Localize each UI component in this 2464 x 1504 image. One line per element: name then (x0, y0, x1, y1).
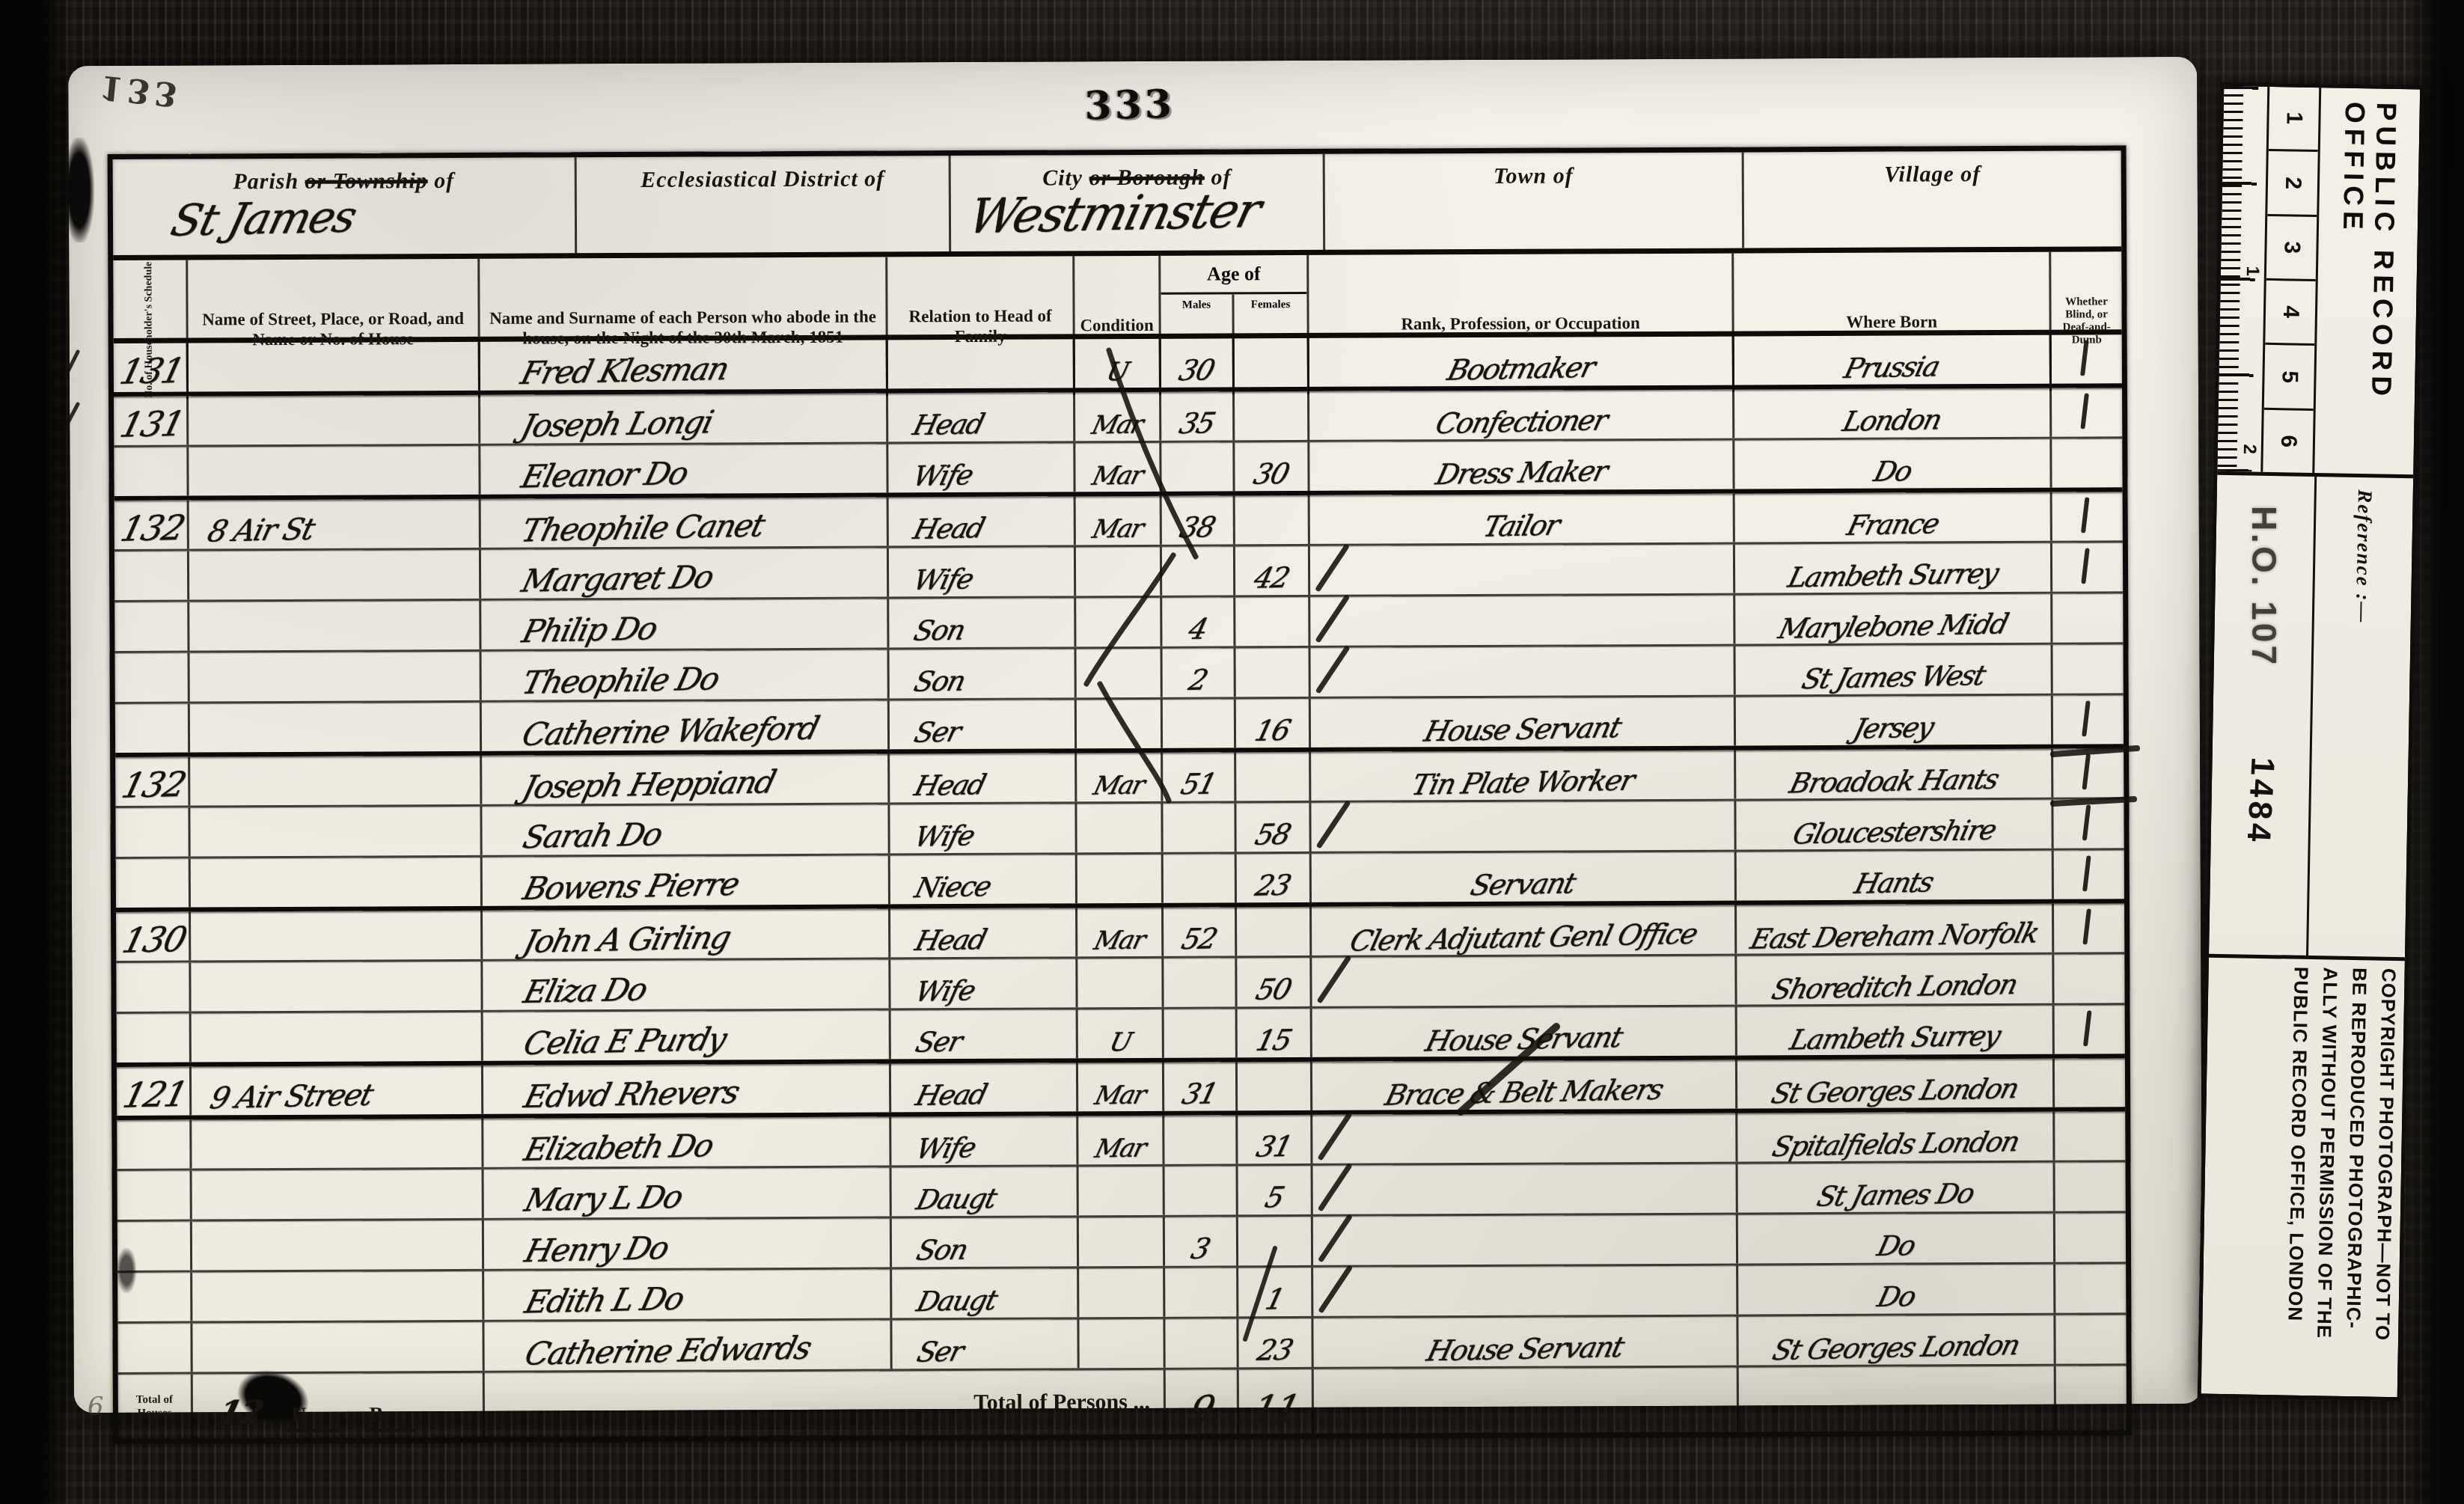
cell-relation (888, 339, 1075, 388)
cell-relation: Son (889, 598, 1076, 647)
parish-label: Parish or Township of (233, 168, 454, 194)
cell-condition (1079, 1167, 1165, 1216)
cell-occupation: Confectioner (1309, 390, 1734, 440)
cell-occupation (1312, 1113, 1737, 1163)
census-row: Sarah Do Wife 58 Gloucestershire (115, 799, 2124, 859)
copyright-line: PUBLIC RECORD OFFICE, LONDON (2282, 967, 2313, 1393)
cell-condition (1076, 649, 1162, 698)
parish-value: St James (166, 191, 361, 245)
cell-schedule (117, 1014, 192, 1063)
cell-age-male (1163, 699, 1236, 748)
cell-schedule (116, 963, 191, 1012)
cell-age-female (1237, 907, 1312, 956)
cell-occupation (1313, 1265, 1738, 1315)
reference-label: Reference :— (2306, 477, 2413, 957)
cell-age-male (1164, 958, 1237, 1006)
census-row: Catherine Wakeford Ser 16 House Servant … (115, 695, 2124, 757)
cell-street (190, 652, 482, 702)
cell-born: London (1734, 388, 2052, 438)
place-header-row: Parish or Township of St James Ecclesias… (113, 150, 2122, 260)
cell-name: Philip Do (481, 599, 889, 649)
census-form-table: Parish or Township of St James Ecclesias… (108, 145, 2132, 1444)
building-label: B (364, 1403, 416, 1431)
cell-born: Jersey (1736, 696, 2053, 746)
cell-condition: Mar (1076, 496, 1162, 545)
cell-relation: Wife (891, 1116, 1078, 1165)
cell-occupation: Servant (1312, 852, 1737, 902)
cell-name: Edwd Rhevers (483, 1063, 891, 1113)
cell-age-female: 15 (1238, 1009, 1312, 1057)
cell-occupation (1310, 646, 1735, 696)
cell-born: Marylebone Midd (1735, 594, 2052, 644)
cell-street (192, 1012, 483, 1063)
cell-blind-mark (2052, 593, 2123, 642)
cell-age-male (1165, 1166, 1238, 1214)
total-houses-values: 12 U B (193, 1373, 485, 1439)
cell-age-female: 16 (1236, 699, 1311, 748)
cell-age-female: 50 (1237, 958, 1312, 1006)
cell-blind-mark (2054, 850, 2124, 899)
cell-born: St James Do (1738, 1163, 2055, 1213)
cell-schedule (116, 859, 191, 908)
cell-relation: Wife (889, 547, 1076, 596)
city-field: City or Borough of Westminster (951, 154, 1326, 251)
cell-occupation (1310, 545, 1735, 595)
census-row: Mary L Do Daugt 5 St James Do (117, 1162, 2126, 1222)
census-row: 132 Joseph Heppiand Head Mar 51 Tin Plat… (115, 748, 2124, 808)
ruler-inch-1: 1 (2242, 266, 2263, 276)
census-row: Catherine Edwards Ser 23 House Servant S… (117, 1315, 2126, 1375)
copyright-notice: COPYRIGHT PHOTOGRAPH—NOT TOBE REPRODUCED… (2201, 958, 2405, 1402)
cell-age-male: 3 (1165, 1217, 1238, 1265)
cell-schedule (114, 551, 189, 600)
cell-street (192, 1119, 483, 1169)
cell-blind-mark (2054, 903, 2124, 952)
cell-name: Theophile Canet (481, 497, 889, 547)
ruler-scale-number: 1 (2269, 87, 2319, 152)
cell-schedule (115, 704, 190, 753)
cell-born: Do (1734, 439, 2052, 489)
cell-age-female: 42 (1235, 546, 1310, 595)
total-females: 11 (1239, 1369, 1314, 1434)
ruler-scale-number: 4 (2265, 281, 2315, 346)
cell-age-female (1238, 1062, 1312, 1110)
cell-blind-mark (2055, 1111, 2125, 1160)
age-of-label: Age of (1161, 255, 1306, 295)
cell-name: Bowens Pierre (483, 855, 890, 905)
cell-street (192, 1271, 484, 1321)
census-row: 131 Joseph Longi Head Mar 35 Confectione… (114, 388, 2122, 447)
cell-age-female (1235, 391, 1309, 440)
cell-blind-mark (2052, 492, 2123, 540)
cell-blind-mark (2052, 644, 2123, 693)
census-row: Bowens Pierre Niece 23 Servant Hants (116, 850, 2124, 912)
uninhabited-label: U (287, 1404, 339, 1432)
cell-condition: Mar (1075, 443, 1161, 492)
cell-street (191, 962, 483, 1012)
cell-blind-mark (2052, 334, 2122, 383)
cell-schedule: 121 (117, 1067, 192, 1116)
cell-relation: Son (890, 649, 1077, 698)
cell-schedule (117, 1324, 192, 1372)
cell-street (191, 911, 483, 961)
ecclesiastical-field: Ecclesiastical District of (577, 156, 952, 253)
cell-schedule (117, 1120, 192, 1169)
cell-condition (1076, 598, 1162, 647)
cell-occupation: Clerk Adjutant Genl Office (1312, 905, 1737, 955)
cell-schedule: 132 (114, 501, 189, 549)
cell-schedule: 132 (115, 757, 190, 806)
total-males: 9 (1166, 1369, 1239, 1434)
census-row: Philip Do Son 4 Marylebone Midd (114, 593, 2123, 653)
copyright-line: COPYRIGHT PHOTOGRAPH—NOT TO (2370, 968, 2400, 1395)
corner-folio-note: 133 (98, 67, 183, 114)
pro-reference-strip: 1 2 123456 PUBLIC RECORD OFFICE H.O. 107… (2198, 82, 2424, 1401)
cell-born: Prussia (1734, 335, 2052, 385)
cell-born: Broadoak Hants (1736, 749, 2053, 799)
cell-relation: Head (889, 496, 1076, 545)
cell-condition: Mar (1077, 753, 1163, 802)
cell-street (189, 550, 481, 600)
cell-name: Sarah Do (482, 804, 890, 855)
cell-age-female (1235, 495, 1310, 544)
cell-age-male (1163, 803, 1236, 852)
cell-street (190, 756, 482, 806)
cell-occupation: Dress Maker (1309, 441, 1734, 491)
cell-age-male: 52 (1164, 907, 1237, 956)
cell-street (191, 858, 483, 908)
totals-born-blank (1739, 1366, 2056, 1432)
cell-condition (1076, 547, 1162, 596)
cell-occupation (1311, 801, 1736, 851)
cell-street (189, 342, 480, 392)
cell-born: St Georges London (1737, 1059, 2055, 1109)
city-value: Westminster (963, 183, 1265, 245)
cell-schedule (117, 1222, 192, 1271)
cell-name: Fred Klesman (480, 340, 888, 390)
town-label: Town of (1494, 163, 1574, 188)
cell-schedule (117, 1171, 192, 1220)
cell-age-male (1165, 1268, 1238, 1316)
cell-street (190, 703, 482, 753)
cell-street: 9 Air Street (192, 1066, 483, 1116)
cell-name: Edith L Do (484, 1269, 892, 1319)
cell-name: Joseph Longi (480, 393, 888, 443)
cell-age-male (1161, 442, 1235, 491)
cell-relation: Wife (890, 959, 1077, 1008)
table-rows: 131 Fred Klesman U 30 Bootmaker Prussia … (114, 334, 2127, 1375)
cell-age-male: 35 (1161, 391, 1235, 440)
total-persons-label: Total of Persons ... (485, 1370, 1166, 1437)
cell-born: France (1735, 492, 2052, 542)
cell-schedule (114, 602, 189, 651)
reference-section: H.O. 107 1484 Reference :— (2209, 475, 2413, 961)
cell-street (189, 601, 481, 651)
cell-blind-mark (2055, 1213, 2126, 1262)
ruler-scale-number: 5 (2264, 345, 2314, 410)
ruler-scale-number: 3 (2266, 216, 2317, 281)
village-label: Village of (1884, 162, 1981, 187)
cell-condition (1077, 804, 1163, 853)
cell-relation: Ser (891, 1009, 1078, 1059)
cell-relation: Head (888, 392, 1075, 441)
cell-condition (1077, 959, 1164, 1008)
cell-age-female: 31 (1238, 1115, 1312, 1164)
town-field: Town of (1325, 152, 1745, 249)
cell-age-male: 30 (1161, 338, 1235, 387)
cell-age-female: 1 (1238, 1268, 1313, 1316)
cell-age-male: 2 (1162, 648, 1235, 697)
cell-street (192, 1322, 484, 1372)
cell-relation: Head (890, 908, 1077, 957)
cell-street (190, 807, 482, 857)
film-edge (0, 0, 72, 1504)
cell-condition: Mar (1078, 1116, 1164, 1165)
census-sheet: 133 333 6 Parish or Township of St James (68, 57, 2203, 1413)
cell-age-female: 5 (1238, 1166, 1313, 1214)
cell-age-female: 58 (1236, 803, 1311, 852)
cell-occupation (1313, 1214, 1738, 1265)
cell-blind-mark (2055, 1058, 2125, 1107)
cell-age-female: 23 (1238, 1318, 1313, 1367)
cell-age-female (1235, 648, 1310, 697)
cell-occupation: Bootmaker (1309, 337, 1734, 387)
cell-name: Elizabeth Do (483, 1116, 891, 1167)
cell-age-male (1162, 546, 1235, 595)
total-houses-value: 12 (214, 1394, 266, 1433)
cell-condition: U (1075, 339, 1161, 388)
cell-occupation (1312, 956, 1737, 1006)
cell-born: Do (1738, 1214, 2055, 1264)
cell-age-male (1164, 1009, 1238, 1057)
cell-relation: Head (890, 753, 1077, 802)
cell-condition (1077, 855, 1164, 904)
parish-field: Parish or Township of St James (113, 157, 578, 255)
cell-blind-mark (2054, 954, 2124, 1003)
cell-name: Celia E Purdy (483, 1010, 891, 1060)
ruler-scale-boxes: 123456 (2263, 87, 2321, 473)
pro-office-title: PUBLIC RECORD OFFICE (2314, 88, 2420, 474)
cell-age-male: 31 (1164, 1062, 1238, 1110)
cell-born: Gloucestershire (1736, 800, 2053, 850)
cell-name: Eliza Do (483, 959, 890, 1009)
cell-born: St James West (1735, 645, 2052, 695)
cell-name: Henry Do (484, 1218, 892, 1268)
cell-age-female (1236, 752, 1311, 801)
cell-blind-mark (2053, 799, 2124, 848)
cell-age-male: 38 (1162, 495, 1235, 544)
cell-street (189, 395, 480, 445)
cell-age-female (1238, 1217, 1313, 1265)
folio-number: 333 (1084, 82, 1176, 129)
cell-age-male: 4 (1162, 597, 1235, 646)
cell-relation: Wife (890, 804, 1077, 853)
cell-schedule (117, 1273, 192, 1321)
cell-condition (1079, 1319, 1165, 1369)
cell-age-male (1164, 1115, 1238, 1164)
cell-schedule: 130 (116, 912, 191, 961)
ruler-ticks: 1 2 (2217, 86, 2269, 472)
cell-condition (1077, 700, 1163, 749)
reference-stamp: H.O. 107 1484 (2209, 475, 2314, 956)
cell-age-male: 51 (1163, 752, 1236, 801)
cell-blind-mark (2052, 388, 2122, 436)
cell-street (192, 1220, 484, 1271)
cell-born: Hants (1737, 851, 2054, 901)
cell-occupation: Tin Plate Worker (1311, 750, 1736, 800)
cell-born: Shoreditch London (1737, 955, 2054, 1005)
village-field: Village of (1744, 150, 2122, 248)
cell-age-male (1165, 1318, 1238, 1367)
cell-street (189, 446, 480, 496)
cell-name: Mary L Do (484, 1167, 892, 1217)
totals-occupation-blank (1314, 1367, 1739, 1433)
ink-smudge (64, 138, 95, 242)
cell-name: John A Girling (483, 908, 890, 959)
cell-name: Catherine Edwards (484, 1320, 892, 1370)
cell-occupation: House Servant (1312, 1006, 1737, 1057)
cell-condition: Mar (1075, 392, 1161, 441)
cell-blind-mark (2055, 1162, 2126, 1211)
cell-name: Catherine Wakeford (482, 700, 890, 751)
cell-relation: Daugt (892, 1268, 1079, 1318)
stamp-piece-number: 1484 (2240, 756, 2281, 846)
ruler-scale-number: 2 (2267, 151, 2317, 216)
ecclesiastical-label: Ecclesiastical District of (641, 166, 884, 192)
cell-name: Margaret Do (481, 548, 889, 598)
total-houses-label: Total of Houses (118, 1375, 193, 1439)
census-row: Edith L Do Daugt 1 Do (117, 1264, 2126, 1324)
census-row: 130 John A Girling Head Mar 52 Clerk Adj… (116, 903, 2124, 963)
cell-blind-mark (2055, 1005, 2125, 1054)
cell-occupation: Brace & Belt Makers (1312, 1060, 1737, 1110)
census-row: Theophile Do Son 2 St James West (115, 644, 2124, 704)
cell-relation: Head (891, 1063, 1078, 1112)
census-row: Eleanor Do Wife Mar 30 Dress Maker Do (114, 438, 2122, 501)
ruler-inch-2: 2 (2239, 444, 2260, 454)
cell-street: 8 Air St (189, 499, 481, 549)
cell-relation: Niece (890, 855, 1077, 904)
totals-row: Total of Houses 12 U B Total of Persons … (118, 1366, 2127, 1439)
cell-condition: Mar (1078, 1063, 1164, 1112)
cell-relation: Son (892, 1217, 1079, 1267)
cell-blind-mark (2052, 542, 2123, 591)
census-row: Celia E Purdy Ser U 15 House Servant Lam… (117, 1005, 2125, 1067)
photo-scale-ruler: 1 2 123456 PUBLIC RECORD OFFICE (2217, 86, 2420, 478)
cell-schedule (115, 808, 190, 857)
cell-blind-mark (2055, 1264, 2126, 1312)
cell-age-male (1164, 854, 1237, 902)
cell-born: Spitalfields London (1737, 1112, 2055, 1162)
cell-occupation (1310, 596, 1735, 646)
cell-street (192, 1170, 484, 1220)
cell-blind-mark (2053, 748, 2124, 797)
cell-blind-mark (2052, 438, 2122, 487)
cell-born: Lambeth Surrey (1735, 543, 2052, 593)
cell-occupation: House Servant (1313, 1316, 1738, 1366)
scanned-census-page: 133 333 6 Parish or Township of St James (0, 0, 2464, 1504)
cell-schedule (114, 447, 189, 496)
cell-relation: Wife (888, 443, 1075, 492)
column-header-row: No. of Householder's Schedule Name of St… (113, 251, 2121, 343)
cell-born: Do (1738, 1265, 2055, 1315)
margin-note: 6 (88, 1392, 104, 1422)
cell-name: Eleanor Do (480, 444, 888, 494)
copyright-line: BE REPRODUCED PHOTOGRAPHIC- (2341, 967, 2371, 1394)
cell-condition (1079, 1268, 1165, 1318)
copyright-line: ALLY WITHOUT PERMISSION OF THE (2311, 967, 2342, 1393)
cell-name: Joseph Heppiand (482, 753, 890, 804)
stamp-class-number: H.O. 107 (2244, 506, 2284, 667)
cell-relation: Ser (890, 700, 1077, 749)
cell-occupation: House Servant (1311, 697, 1736, 747)
census-row: 132 8 Air St Theophile Canet Head Mar 38… (114, 492, 2123, 551)
cell-name: Theophile Do (482, 649, 890, 700)
cell-born: East Dereham Norfolk (1737, 904, 2054, 954)
cell-age-female (1235, 338, 1309, 387)
cell-relation: Ser (892, 1319, 1079, 1369)
cell-born: Lambeth Surrey (1737, 1006, 2055, 1056)
cell-condition (1079, 1217, 1165, 1267)
cell-age-female: 30 (1235, 442, 1309, 491)
cell-schedule: 131 (114, 343, 189, 392)
census-row: 121 9 Air Street Edwd Rhevers Head Mar 3… (117, 1058, 2125, 1120)
cell-blind-mark (2053, 695, 2124, 744)
cell-age-female: 23 (1237, 854, 1312, 902)
cell-schedule (115, 653, 190, 702)
cell-condition: Mar (1077, 908, 1164, 957)
cell-occupation (1313, 1164, 1738, 1214)
cell-schedule: 131 (114, 397, 189, 445)
cell-born: St Georges London (1738, 1315, 2055, 1366)
cell-blind-mark (2055, 1315, 2126, 1363)
cell-condition: U (1078, 1009, 1164, 1059)
cell-occupation: Tailor (1310, 494, 1735, 544)
cell-relation: Daugt (892, 1167, 1079, 1216)
ruler-scale-number: 6 (2263, 409, 2313, 472)
census-row: Eliza Do Wife 50 Shoreditch London (116, 954, 2124, 1014)
census-row: Henry Do Son 3 Do (117, 1213, 2126, 1273)
totals-blind-blank (2056, 1366, 2127, 1430)
census-row: Margaret Do Wife 42 Lambeth Surrey (114, 542, 2123, 602)
census-row: Elizabeth Do Wife Mar 31 Spitalfields Lo… (117, 1111, 2125, 1171)
cell-age-female (1235, 597, 1310, 646)
